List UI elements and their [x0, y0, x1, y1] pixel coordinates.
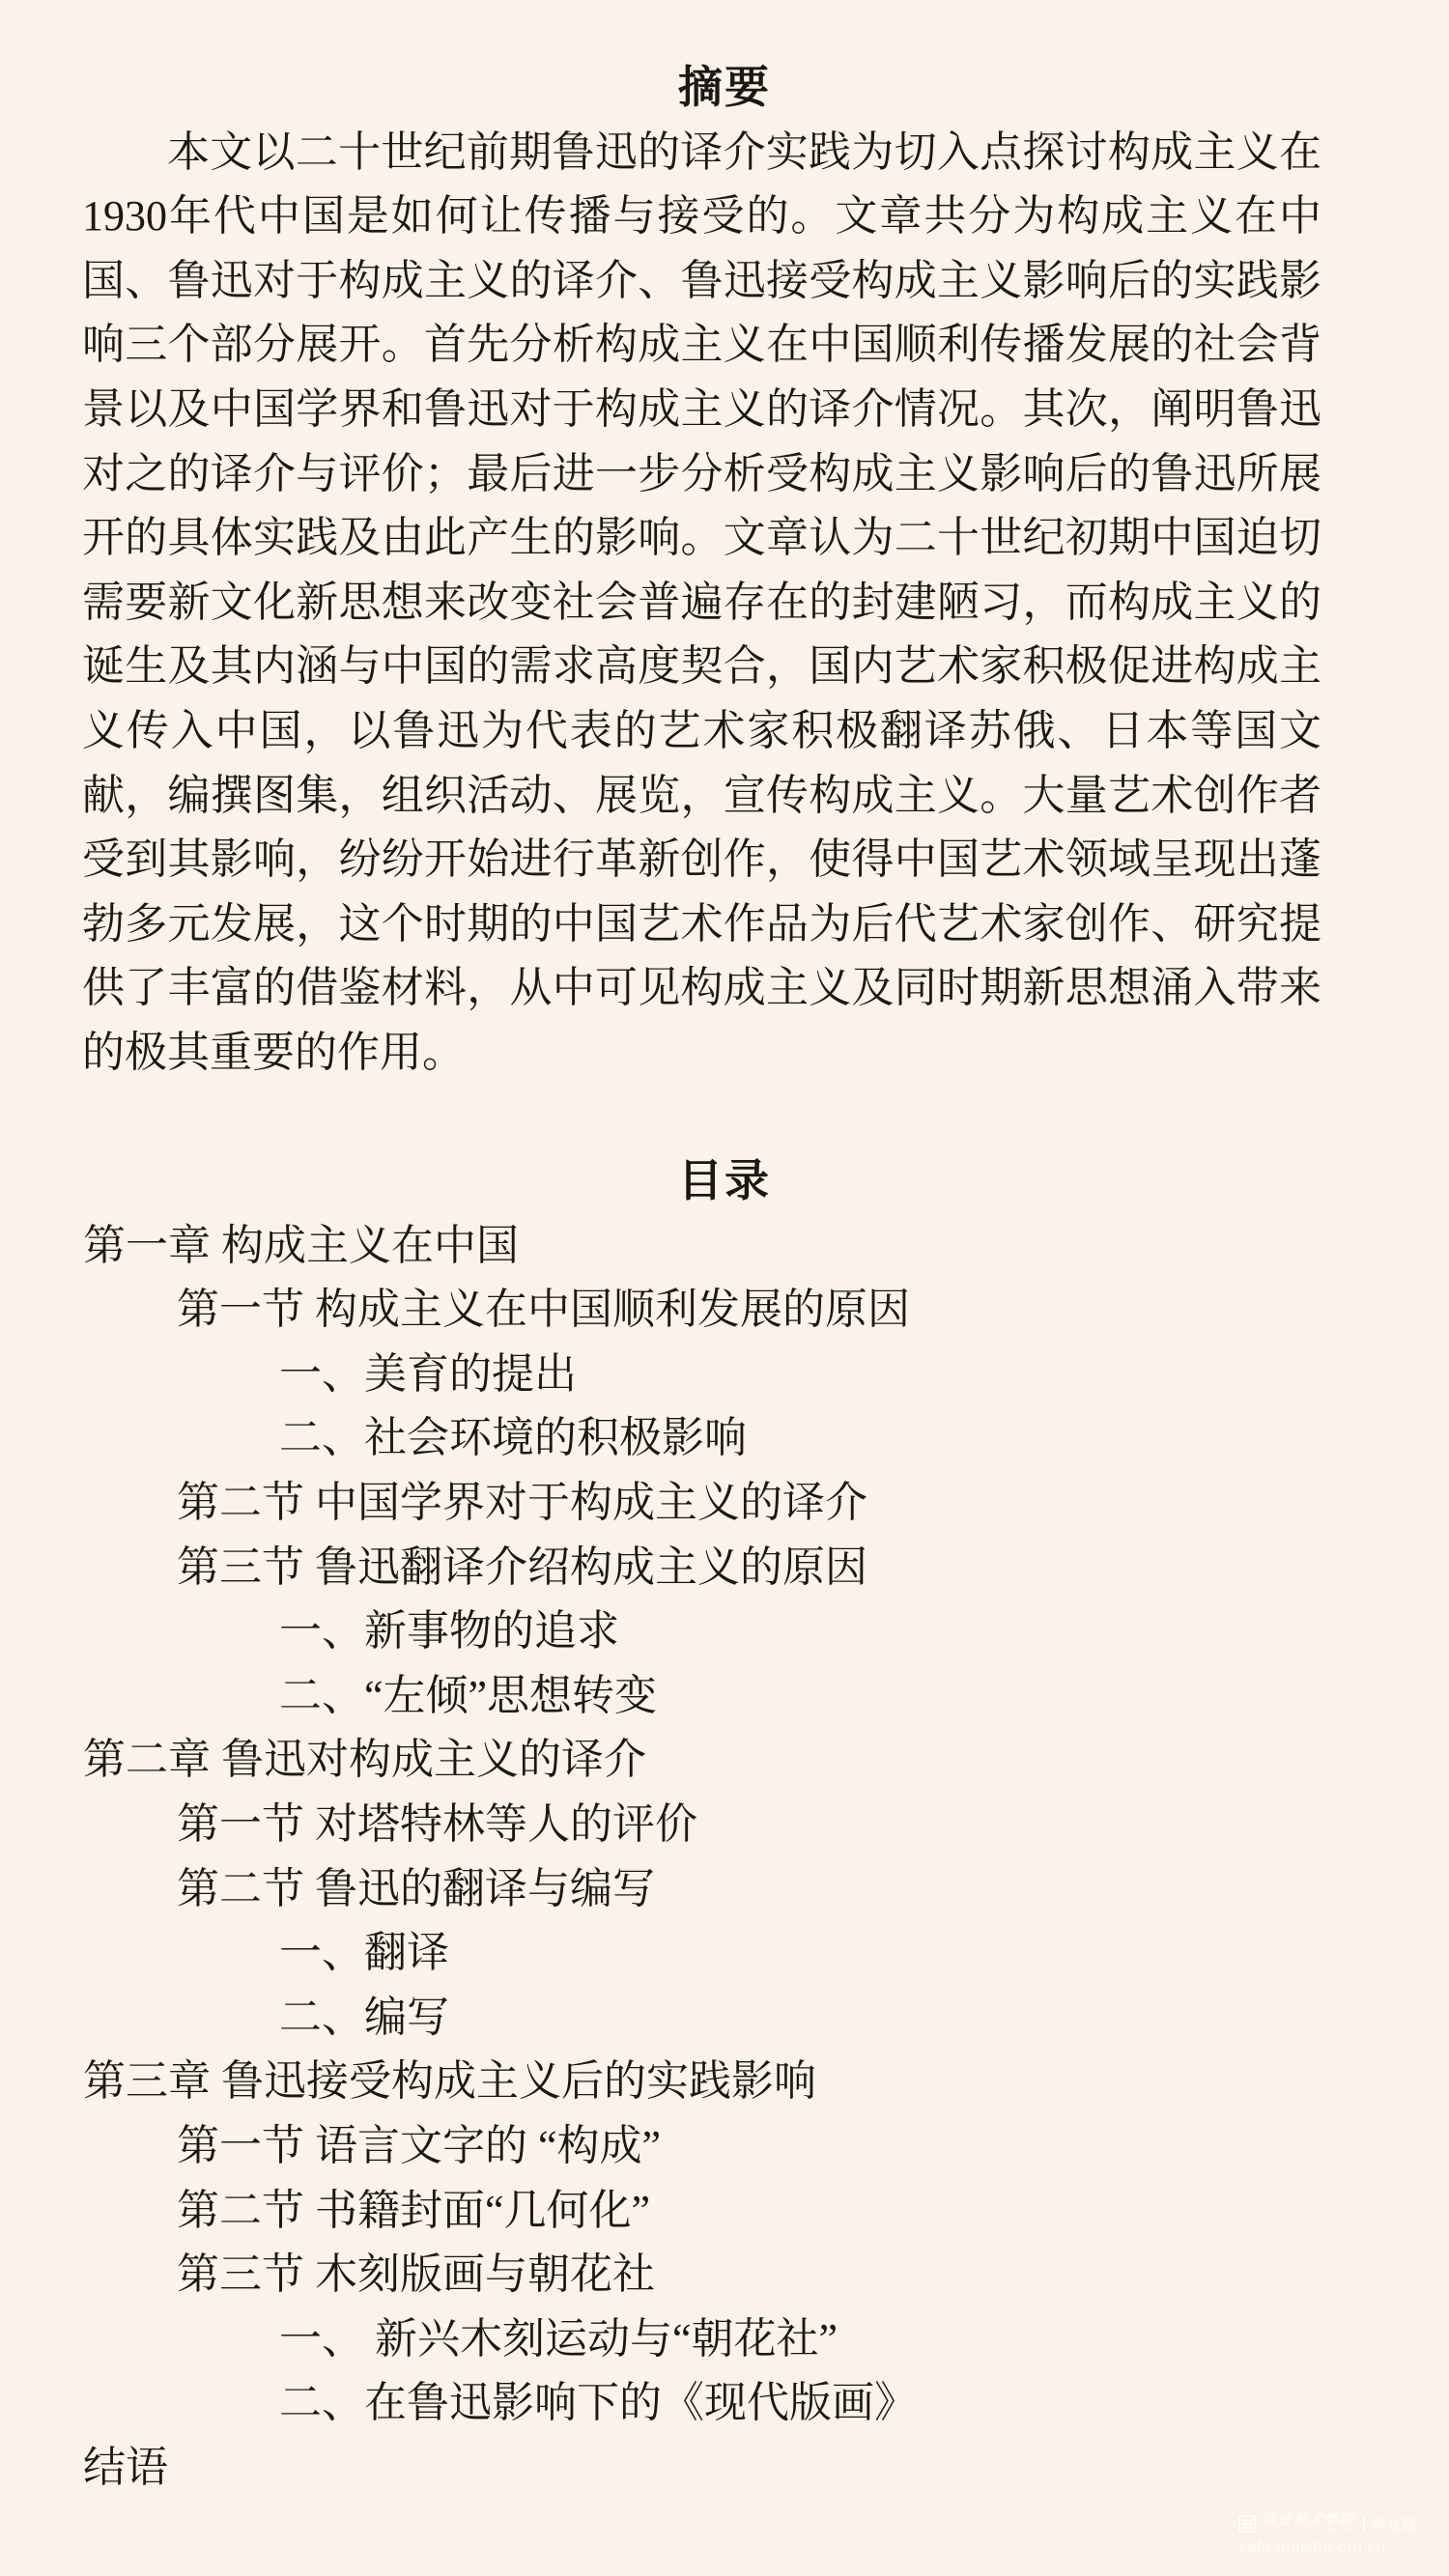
toc-entry: 第一章 构成主义在中国	[83, 1214, 1449, 1279]
toc-entry: 第一节 对塔特林等人的评价	[177, 1793, 1449, 1857]
abstract-paragraph: 本文以二十世纪前期鲁迅的译介实践为切入点探讨构成主义在 1930年代中国是如何让…	[0, 121, 1449, 1086]
abstract-line: 献，编撰图集，组织活动、展览，宣传构成主义。大量艺术创作者	[82, 764, 1321, 829]
watermark-academy-name: 西安美术学院	[1262, 2513, 1357, 2528]
toc-entry: 第三节 鲁迅翻译介绍构成主义的原因	[177, 1536, 1449, 1600]
abstract-line: 诞生及其内涵与中国的需求高度契合，国内艺术家积极促进构成主	[82, 635, 1321, 699]
abstract-line: 开的具体实践及由此产生的影响。文章认为二十世纪初期中国迫切	[82, 506, 1321, 571]
document-body: 摘要 本文以二十世纪前期鲁迅的译介实践为切入点探讨构成主义在 1930年代中国是…	[0, 0, 1449, 2501]
toc-entry: 二、在鲁迅影响下的《现代版画》	[279, 2371, 1449, 2436]
abstract-title: 摘要	[0, 56, 1449, 121]
abstract-line: 1930年代中国是如何让传播与接受的。文章共分为构成主义在中	[82, 184, 1321, 249]
toc-title: 目录	[0, 1149, 1449, 1214]
abstract-line: 响三个部分展开。首先分析构成主义在中国顺利传播发展的社会背	[82, 313, 1321, 378]
toc-entry: 一、美育的提出	[279, 1343, 1449, 1407]
abstract-line: 本文以二十世纪前期鲁迅的译介实践为切入点探讨构成主义在	[82, 121, 1321, 185]
page: 摘要 本文以二十世纪前期鲁迅的译介实践为切入点探讨构成主义在 1930年代中国是…	[0, 0, 1449, 2576]
abstract-line: 对之的译介与评价；最后进一步分析受构成主义影响后的鲁迅所展	[82, 442, 1321, 507]
abstract-line: 供了丰富的借鉴材料，从中可见构成主义及同时期新思想涌入带来	[82, 956, 1321, 1021]
watermark-url: xafa.meishu.org.cn	[1238, 2537, 1417, 2557]
watermark-academy-block: 西安美术学院 XI'AN ACADEMY OF FINE ARTS	[1262, 2513, 1357, 2534]
abstract-line: 的极其重要的作用。	[82, 1021, 1321, 1086]
watermark-academy-name-en: XI'AN ACADEMY OF FINE ARTS	[1262, 2529, 1357, 2534]
section-spacer	[0, 1086, 1449, 1150]
toc-entry: 第二章 鲁迅对构成主义的译介	[83, 1728, 1449, 1793]
watermark-top-row: 西安美术学院 XI'AN ACADEMY OF FINE ARTS 毕业展	[1238, 2512, 1417, 2535]
toc-entry: 二、编写	[279, 1986, 1449, 2051]
toc-entry: 第二节 中国学界对于构成主义的译介	[177, 1471, 1449, 1536]
table-of-contents: 第一章 构成主义在中国 第一节 构成主义在中国顺利发展的原因 一、美育的提出 二…	[0, 1214, 1449, 2501]
toc-entry: 第一节 构成主义在中国顺利发展的原因	[177, 1278, 1449, 1343]
abstract-line: 景以及中国学界和鲁迅对于构成主义的译介情况。其次，阐明鲁迅	[82, 378, 1321, 442]
toc-entry: 第三节 木刻版画与朝花社	[177, 2243, 1449, 2307]
toc-entry: 结语	[83, 2436, 1449, 2501]
abstract-line: 需要新文化新思想来改变社会普遍存在的封建陋习，而构成主义的	[82, 571, 1321, 636]
toc-entry: 第一节 语言文字的 “构成”	[177, 2114, 1449, 2179]
toc-entry: 二、“左倾”思想转变	[279, 1664, 1449, 1729]
toc-entry: 二、社会环境的积极影响	[279, 1406, 1449, 1471]
abstract-line: 受到其影响，纷纷开始进行革新创作，使得中国艺术领域呈现出蓬	[82, 828, 1321, 892]
abstract-line: 国、鲁迅对于构成主义的译介、鲁迅接受构成主义影响后的实践影	[82, 249, 1321, 314]
toc-entry: 一、翻译	[279, 1921, 1449, 1986]
xafa-seal-logo-icon	[1238, 2515, 1256, 2533]
toc-entry: 第三章 鲁迅接受构成主义后的实践影响	[83, 2050, 1449, 2114]
abstract-line: 义传入中国，以鲁迅为代表的艺术家积极翻译苏俄、日本等国文	[82, 699, 1321, 764]
watermark-exhibition-label: 毕业展	[1371, 2514, 1417, 2534]
toc-entry: 第二节 鲁迅的翻译与编写	[177, 1857, 1449, 1922]
watermark-divider	[1363, 2515, 1365, 2533]
abstract-line: 勃多元发展，这个时期的中国艺术作品为后代艺术家创作、研究提	[82, 892, 1321, 957]
watermark: 西安美术学院 XI'AN ACADEMY OF FINE ARTS 毕业展 xa…	[1238, 2512, 1417, 2557]
toc-entry: 一、新事物的追求	[279, 1599, 1449, 1664]
toc-entry: 第二节 书籍封面“几何化”	[177, 2179, 1449, 2244]
toc-entry: 一、 新兴木刻运动与“朝花社”	[279, 2307, 1449, 2372]
